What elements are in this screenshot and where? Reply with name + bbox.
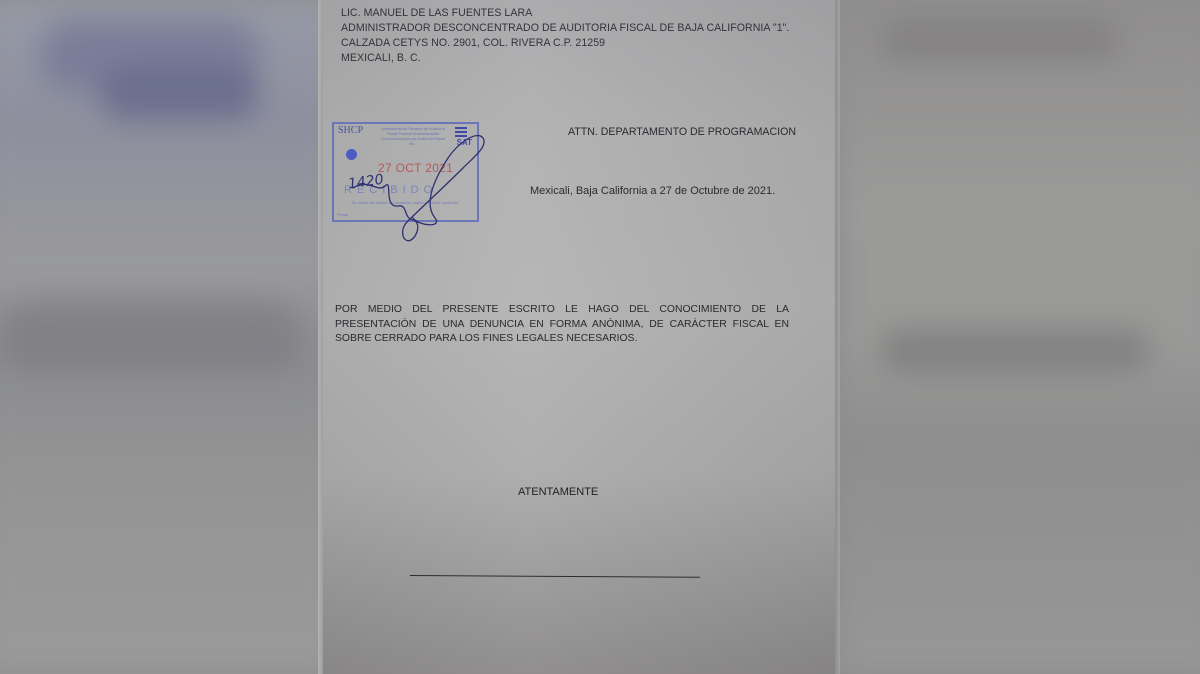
attention-line: ATTN. DEPARTAMENTO DE PROGRAMACION: [568, 126, 796, 138]
addressee-city: MEXICALI, B. C.: [341, 51, 790, 66]
stamp-agency-short: SHCP: [338, 125, 363, 136]
stamp-agency-text: Administración General de Auditoría Fisc…: [378, 126, 448, 146]
signature-line: [410, 575, 700, 578]
addressee-address: CALZADA CETYS NO. 2901, COL. RIVERA C.P.…: [341, 36, 790, 51]
addressee-name: LIC. MANUEL DE LAS FUENTES LARA: [341, 6, 790, 21]
stamp-brand: SAT: [457, 138, 472, 147]
stamp-small-text: Se recibe sin revisar su contenido sujet…: [350, 200, 460, 205]
closing-salutation: ATENTAMENTE: [518, 486, 598, 498]
addressee-title: ADMINISTRADOR DESCONCENTRADO DE AUDITORI…: [341, 21, 790, 36]
letter-body: POR MEDIO DEL PRESENTE ESCRITO LE HAGO D…: [335, 303, 789, 347]
addressee-block: LIC. MANUEL DE LAS FUENTES LARA ADMINIST…: [341, 6, 790, 66]
blurred-background-right: [840, 0, 1200, 674]
received-stamp: SHCP Administración General de Auditoría…: [332, 122, 479, 222]
stamp-firma-label: Firma:: [337, 212, 348, 217]
stamp-date: 27 OCT 2021: [378, 161, 453, 175]
photo-of-document: LIC. MANUEL DE LAS FUENTES LARA ADMINIST…: [0, 0, 1200, 674]
seal-icon: [346, 149, 357, 160]
sat-logo-icon: [455, 127, 467, 137]
letter-page: LIC. MANUEL DE LAS FUENTES LARA ADMINIST…: [323, 0, 835, 674]
place-and-date: Mexicali, Baja California a 27 de Octubr…: [530, 185, 775, 197]
blurred-background-left: [0, 0, 340, 674]
